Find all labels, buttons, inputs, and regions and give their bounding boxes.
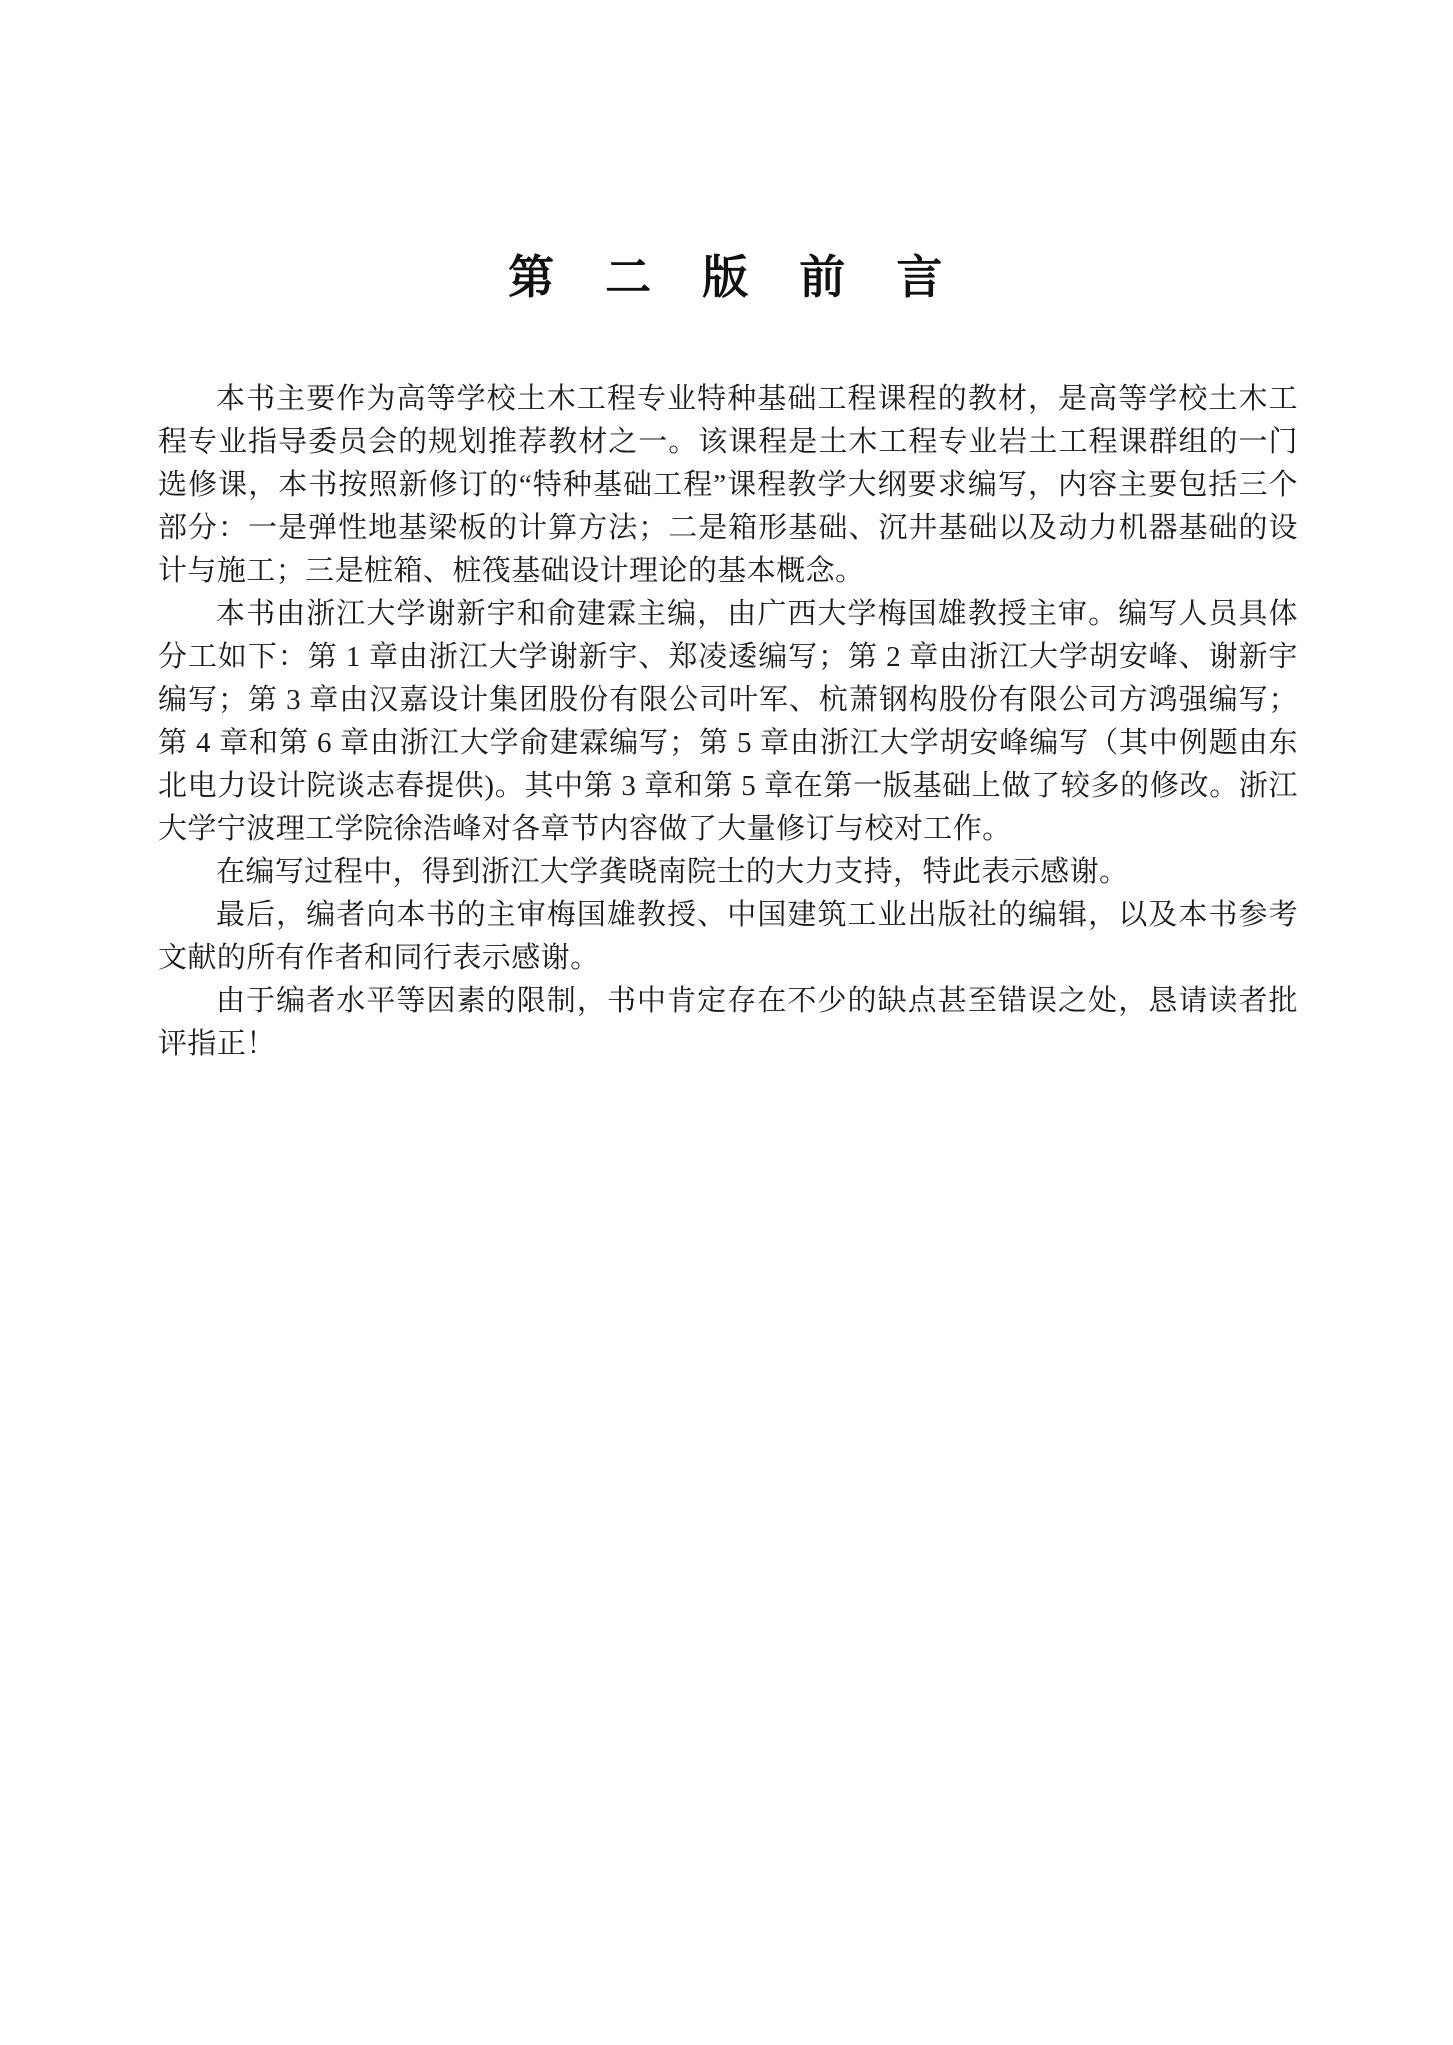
- page-content: 第 二 版 前 言 本书主要作为高等学校土木工程专业特种基础工程课程的教材，是高…: [158, 0, 1298, 1066]
- preface-paragraph: 本书主要作为高等学校土木工程专业特种基础工程课程的教材，是高等学校土木工程专业指…: [158, 378, 1298, 593]
- preface-paragraph: 本书由浙江大学谢新宇和俞建霖主编，由广西大学梅国雄教授主审。编写人员具体分工如下…: [158, 593, 1298, 851]
- page-title: 第 二 版 前 言: [158, 0, 1298, 306]
- preface-paragraph: 最后，编者向本书的主审梅国雄教授、中国建筑工业出版社的编辑，以及本书参考文献的所…: [158, 894, 1298, 980]
- preface-paragraph: 由于编者水平等因素的限制，书中肯定存在不少的缺点甚至错误之处，恳请读者批评指正！: [158, 980, 1298, 1066]
- preface-body: 本书主要作为高等学校土木工程专业特种基础工程课程的教材，是高等学校土木工程专业指…: [158, 378, 1298, 1066]
- preface-page: 第 二 版 前 言 本书主要作为高等学校土木工程专业特种基础工程课程的教材，是高…: [0, 0, 1453, 2045]
- preface-paragraph: 在编写过程中，得到浙江大学龚晓南院士的大力支持，特此表示感谢。: [158, 851, 1298, 894]
